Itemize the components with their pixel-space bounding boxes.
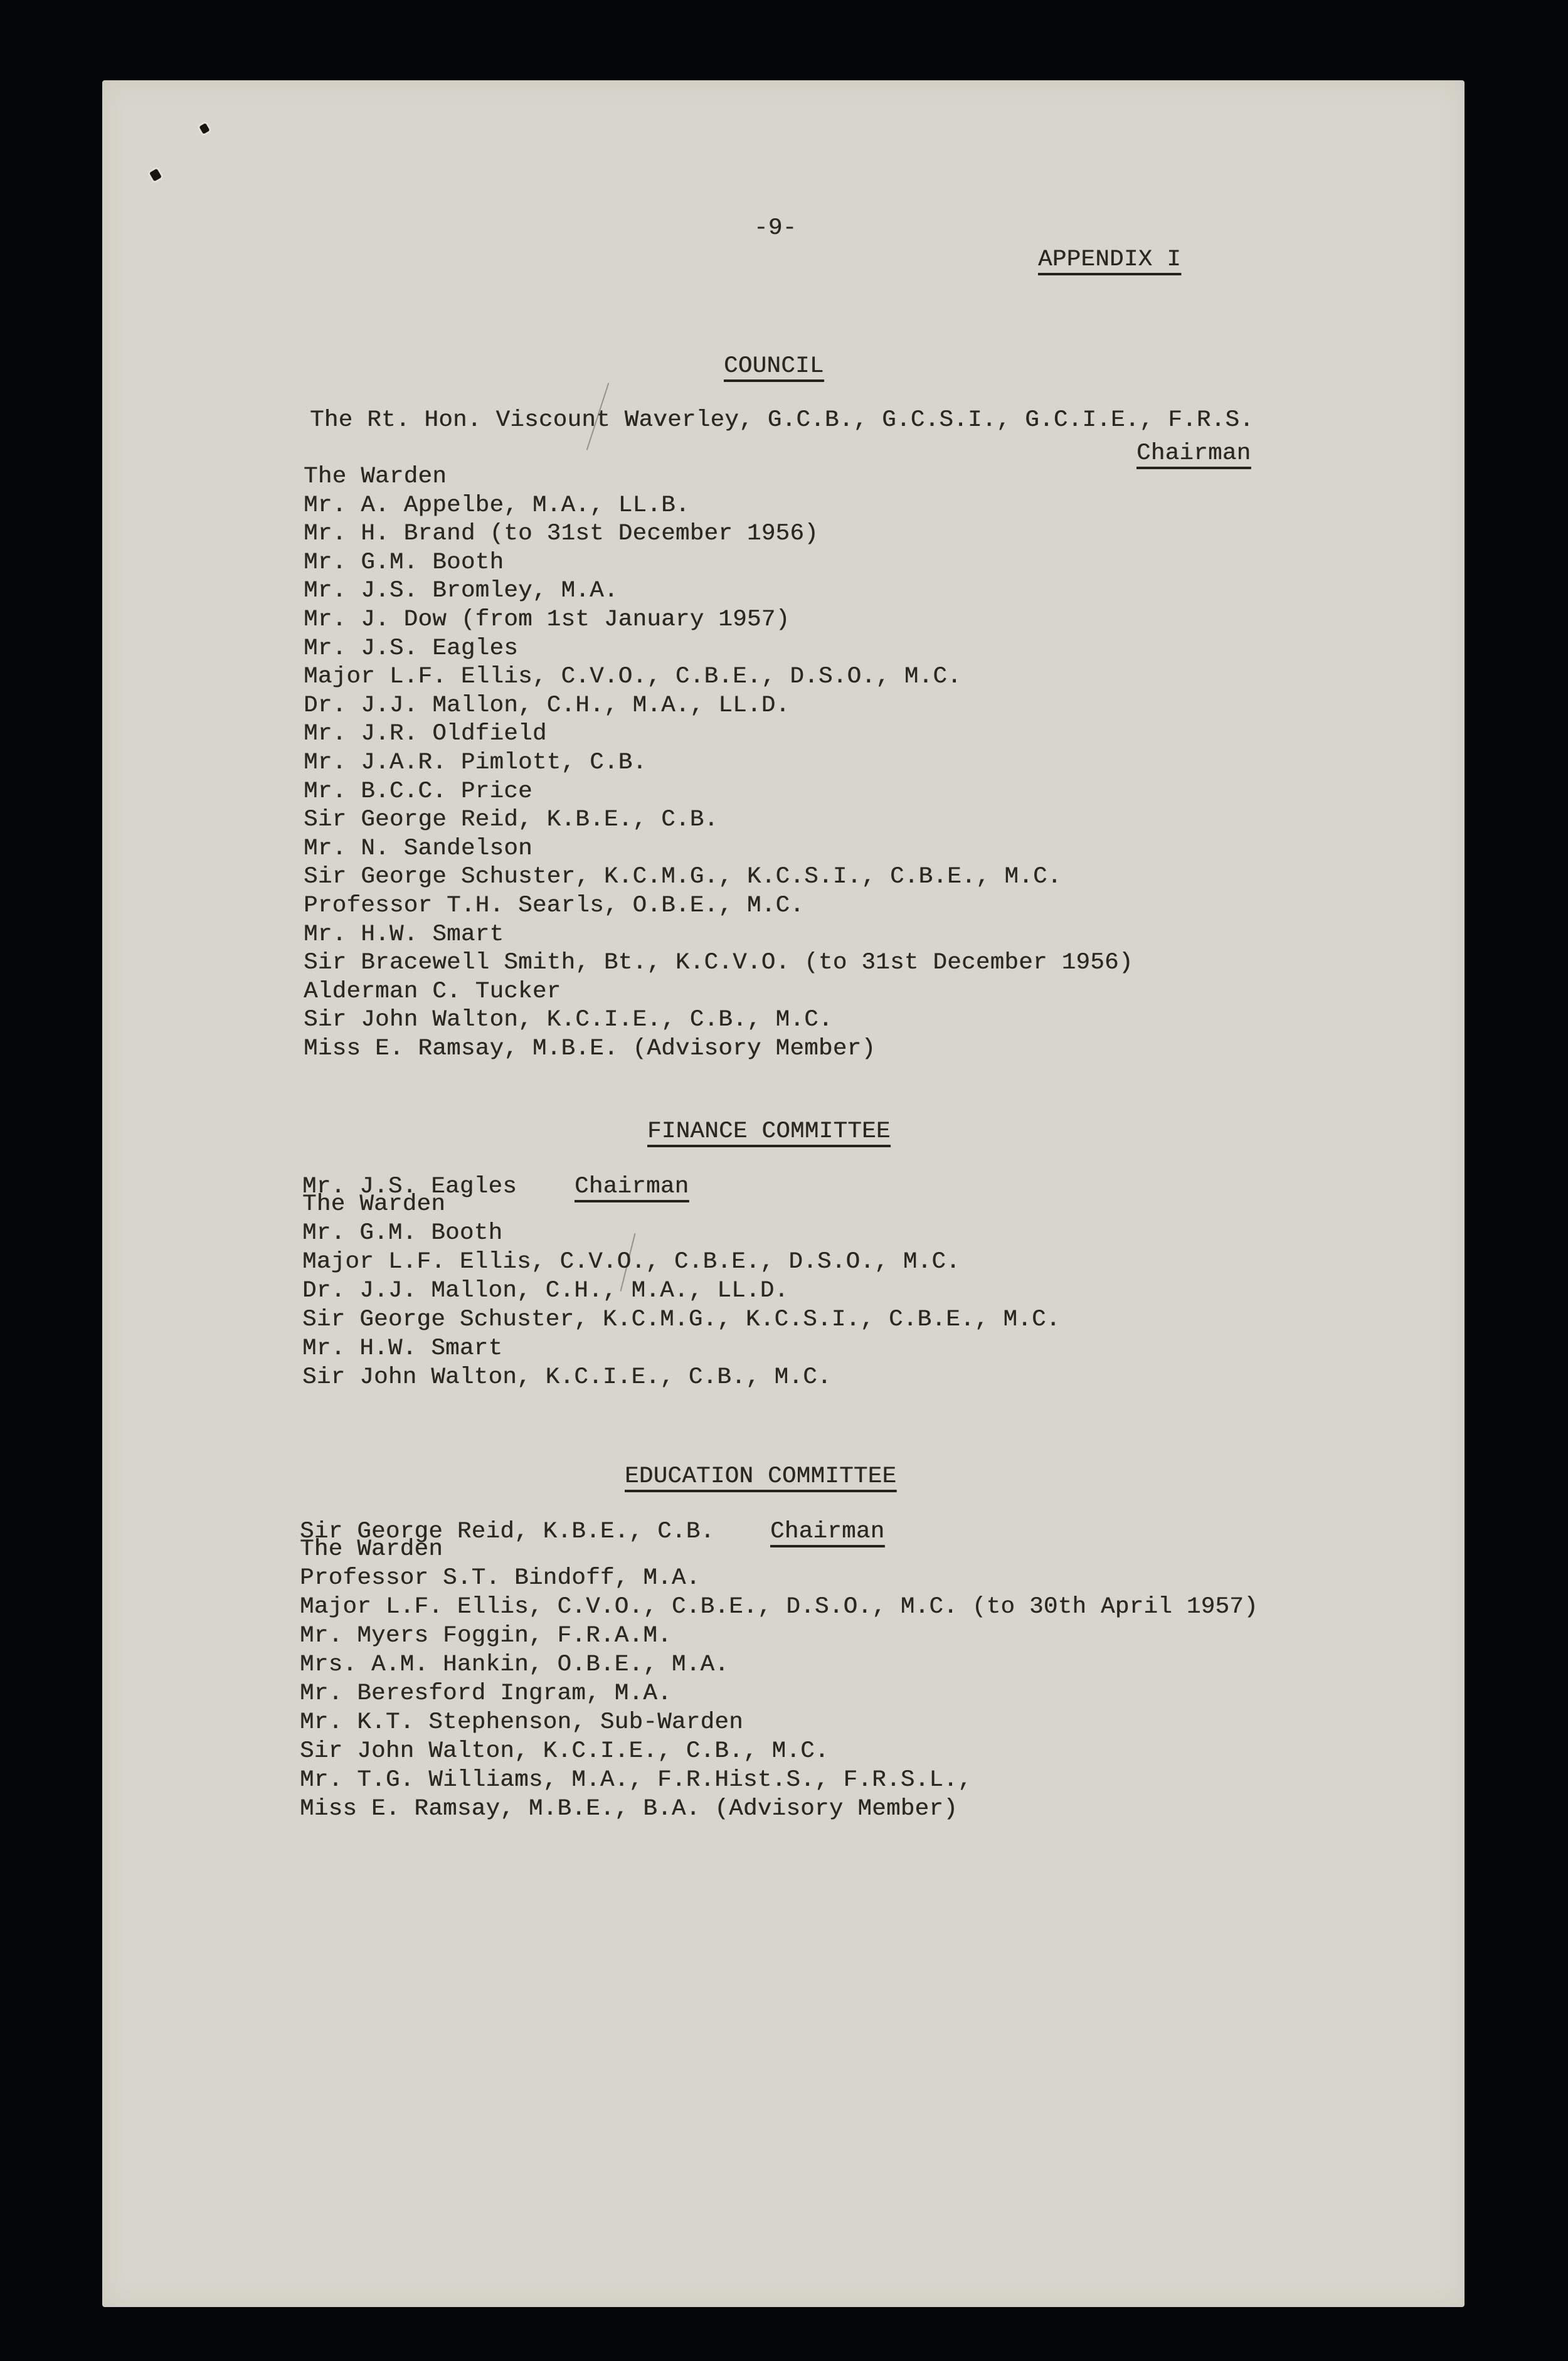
punch-hole	[199, 123, 209, 134]
council-member: Mr. J.A.R. Pimlott, C.B.	[304, 749, 1133, 778]
finance-heading: FINANCE COMMITTEE	[647, 1120, 891, 1144]
council-member: Professor T.H. Searls, O.B.E., M.C.	[304, 892, 1133, 921]
finance-member: Dr. J.J. Mallon, C.H., M.A., LL.D.	[302, 1276, 1061, 1305]
council-member: Dr. J.J. Mallon, C.H., M.A., LL.D.	[304, 692, 1133, 721]
finance-member: The Warden	[302, 1190, 1061, 1219]
council-member: Sir John Walton, K.C.I.E., C.B., M.C.	[304, 1006, 1133, 1035]
council-member: Mr. J.S. Eagles	[304, 635, 1133, 664]
council-member: Mr. H. Brand (to 31st December 1956)	[304, 520, 1133, 549]
council-member: Sir Bracewell Smith, Bt., K.C.V.O. (to 3…	[304, 949, 1133, 978]
council-heading: COUNCIL	[724, 355, 824, 379]
education-member: Professor S.T. Bindoff, M.A.	[300, 1564, 1258, 1593]
education-member-list: The Warden Professor S.T. Bindoff, M.A. …	[300, 1535, 1258, 1823]
council-member: Mr. A. Appelbe, M.A., LL.B.	[304, 492, 1133, 521]
finance-member: Sir George Schuster, K.C.M.G., K.C.S.I.,…	[302, 1305, 1061, 1334]
council-member: Mr. N. Sandelson	[304, 835, 1133, 864]
education-member: Mrs. A.M. Hankin, O.B.E., M.A.	[300, 1650, 1258, 1679]
finance-member: Sir John Walton, K.C.I.E., C.B., M.C.	[302, 1363, 1061, 1392]
education-member: Mr. T.G. Williams, M.A., F.R.Hist.S., F.…	[300, 1766, 1258, 1795]
council-member-list: The Warden Mr. A. Appelbe, M.A., LL.B. M…	[304, 463, 1133, 1063]
council-chairman-line: The Rt. Hon. Viscount Waverley, G.C.B., …	[310, 409, 1254, 433]
education-member: Major L.F. Ellis, C.V.O., C.B.E., D.S.O.…	[300, 1593, 1258, 1621]
council-member: Mr. G.M. Booth	[304, 549, 1133, 578]
council-member: Miss E. Ramsay, M.B.E. (Advisory Member)	[304, 1035, 1133, 1064]
education-member: Mr. K.T. Stephenson, Sub-Warden	[300, 1708, 1258, 1737]
finance-member: Major L.F. Ellis, C.V.O., C.B.E., D.S.O.…	[302, 1248, 1061, 1276]
council-chairman-label: Chairman	[1136, 442, 1251, 466]
council-member: Mr. J.R. Oldfield	[304, 720, 1133, 749]
council-member: Mr. J. Dow (from 1st January 1957)	[304, 606, 1133, 635]
council-member: Major L.F. Ellis, C.V.O., C.B.E., D.S.O.…	[304, 663, 1133, 692]
council-member: Mr. B.C.C. Price	[304, 778, 1133, 807]
education-member: Mr. Beresford Ingram, M.A.	[300, 1679, 1258, 1708]
council-member: Sir George Schuster, K.C.M.G., K.C.S.I.,…	[304, 863, 1133, 892]
finance-member: Mr. H.W. Smart	[302, 1334, 1061, 1363]
council-member: Mr. H.W. Smart	[304, 921, 1133, 950]
council-member: Mr. J.S. Bromley, M.A.	[304, 577, 1133, 606]
punch-hole	[149, 169, 162, 182]
council-member: The Warden	[304, 463, 1133, 492]
finance-member-list: The Warden Mr. G.M. Booth Major L.F. Ell…	[302, 1190, 1061, 1392]
education-member: Mr. Myers Foggin, F.R.A.M.	[300, 1621, 1258, 1650]
finance-member: Mr. G.M. Booth	[302, 1219, 1061, 1248]
appendix-label: APPENDIX I	[1038, 248, 1181, 272]
education-member: The Warden	[300, 1535, 1258, 1564]
council-member: Sir George Reid, K.B.E., C.B.	[304, 806, 1133, 835]
education-heading: EDUCATION COMMITTEE	[625, 1465, 896, 1489]
page-number: -9-	[754, 217, 797, 241]
education-member: Sir John Walton, K.C.I.E., C.B., M.C.	[300, 1737, 1258, 1766]
council-member: Alderman C. Tucker	[304, 978, 1133, 1007]
education-member: Miss E. Ramsay, M.B.E., B.A. (Advisory M…	[300, 1795, 1258, 1823]
